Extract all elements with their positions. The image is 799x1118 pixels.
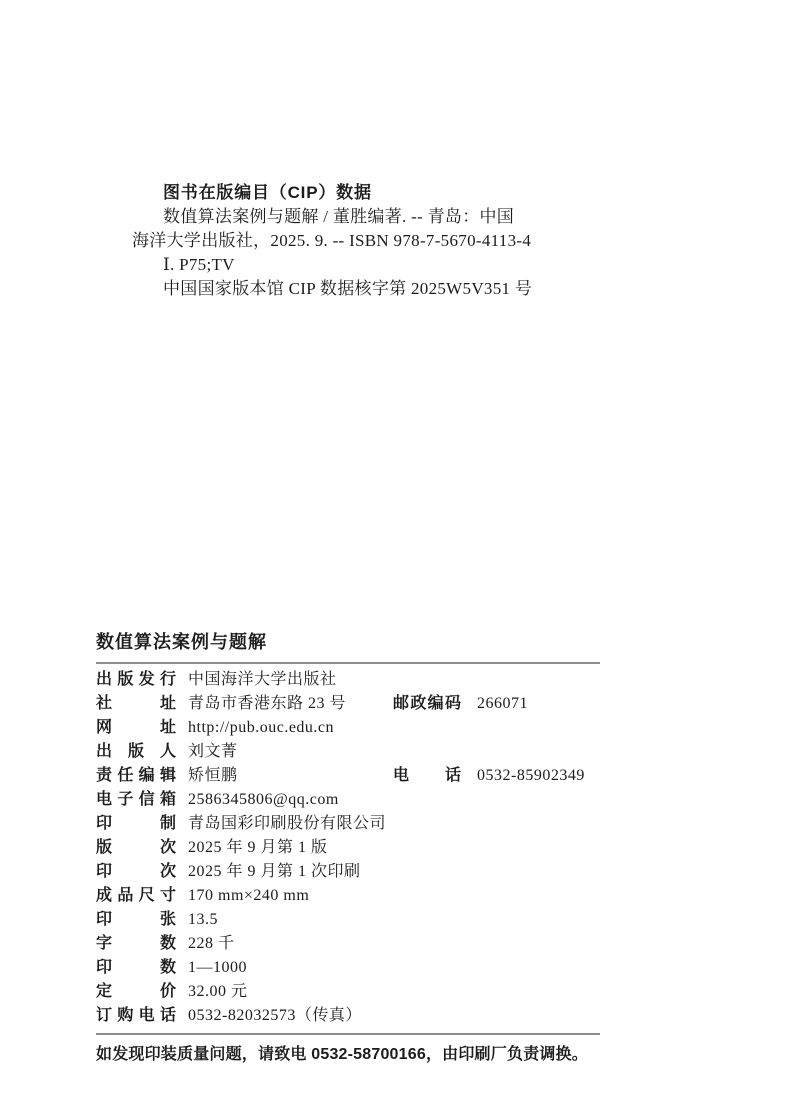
row-label: 印张	[96, 908, 176, 932]
row-label: 定价	[96, 980, 176, 1004]
row-value: 2025 年 9 月第 1 次印刷	[188, 863, 361, 880]
row-label: 订购电话	[96, 1004, 176, 1028]
row-value: 刘文菁	[188, 743, 238, 760]
row-label-secondary: 邮政编码	[393, 692, 461, 716]
row-value: 青岛市香港东路 23 号	[188, 695, 346, 712]
colophon-row-editor: 责任编辑矫恒鹏 电话 0532-85902349	[96, 764, 600, 788]
row-label: 印制	[96, 812, 176, 836]
row-label: 成品尺寸	[96, 884, 176, 908]
cip-line-record-number: 中国国家版本馆 CIP 数据核字第 2025W5V351 号	[163, 277, 532, 301]
row-value: 中国海洋大学出版社	[188, 671, 337, 688]
colophon-row-website: 网址http://pub.ouc.edu.cn	[96, 716, 600, 740]
row-value-secondary: 266071	[477, 692, 528, 716]
colophon-rows: 出版发行中国海洋大学出版社 社址青岛市香港东路 23 号 邮政编码 266071…	[96, 668, 600, 1028]
row-value: 170 mm×240 mm	[188, 887, 309, 904]
cip-line-title-author: 数值算法案例与题解 / 董胜编著. -- 青岛：中国	[163, 205, 532, 229]
cip-line-publisher-isbn: 海洋大学出版社，2025. 9. -- ISBN 978-7-5670-4113…	[132, 229, 532, 253]
row-label: 出版人	[96, 740, 176, 764]
row-label: 字数	[96, 932, 176, 956]
print-quality-note: 如发现印装质量问题，请致电 0532-58700166，由印刷厂负责调换。	[96, 1033, 600, 1066]
colophon-row-price: 定价32.00 元	[96, 980, 600, 1004]
row-label-secondary: 电话	[393, 764, 461, 788]
colophon-row-publisher-person: 出版人刘文菁	[96, 740, 600, 764]
row-label: 印次	[96, 860, 176, 884]
colophon-row-email: 电子信箱2586345806@qq.com	[96, 788, 600, 812]
colophon-row-publisher: 出版发行中国海洋大学出版社	[96, 668, 600, 692]
colophon-row-sheets: 印张13.5	[96, 908, 600, 932]
row-value: 2025 年 9 月第 1 版	[188, 839, 328, 856]
colophon-row-edition: 版次2025 年 9 月第 1 版	[96, 836, 600, 860]
colophon-row-impression: 印次2025 年 9 月第 1 次印刷	[96, 860, 600, 884]
row-value: 2586345806@qq.com	[188, 791, 339, 808]
row-value: 青岛国彩印刷股份有限公司	[188, 815, 386, 832]
row-label: 社址	[96, 692, 176, 716]
colophon-row-trim-size: 成品尺寸170 mm×240 mm	[96, 884, 600, 908]
row-value: 13.5	[188, 911, 218, 928]
row-value: 228 千	[188, 935, 235, 952]
row-label: 出版发行	[96, 668, 176, 692]
row-label: 责任编辑	[96, 764, 176, 788]
cip-heading: 图书在版编目（CIP）数据	[163, 181, 532, 205]
row-label: 网址	[96, 716, 176, 740]
row-label: 电子信箱	[96, 788, 176, 812]
colophon-row-printer: 印制青岛国彩印刷股份有限公司	[96, 812, 600, 836]
row-value: 1—1000	[188, 959, 247, 976]
colophon-row-print-run: 印数1—1000	[96, 956, 600, 980]
row-label: 印数	[96, 956, 176, 980]
row-value: 32.00 元	[188, 983, 248, 1000]
row-label: 版次	[96, 836, 176, 860]
row-value-secondary: 0532-85902349	[477, 764, 585, 788]
colophon-row-order-phone: 订购电话0532-82032573（传真）	[96, 1004, 600, 1028]
colophon-row-address: 社址青岛市香港东路 23 号 邮政编码 266071	[96, 692, 600, 716]
book-copyright-page: 图书在版编目（CIP）数据 数值算法案例与题解 / 董胜编著. -- 青岛：中国…	[0, 0, 799, 1118]
row-value: 0532-82032573（传真）	[188, 1007, 362, 1024]
colophon-row-word-count: 字数228 千	[96, 932, 600, 956]
cip-block: 图书在版编目（CIP）数据 数值算法案例与题解 / 董胜编著. -- 青岛：中国…	[132, 181, 532, 301]
cip-line-classification: Ⅰ. P75;TV	[163, 253, 532, 277]
book-title: 数值算法案例与题解	[96, 631, 600, 664]
colophon-block: 数值算法案例与题解 出版发行中国海洋大学出版社 社址青岛市香港东路 23 号 邮…	[96, 631, 600, 1066]
row-value: 矫恒鹏	[188, 767, 238, 784]
row-value: http://pub.ouc.edu.cn	[188, 719, 334, 736]
